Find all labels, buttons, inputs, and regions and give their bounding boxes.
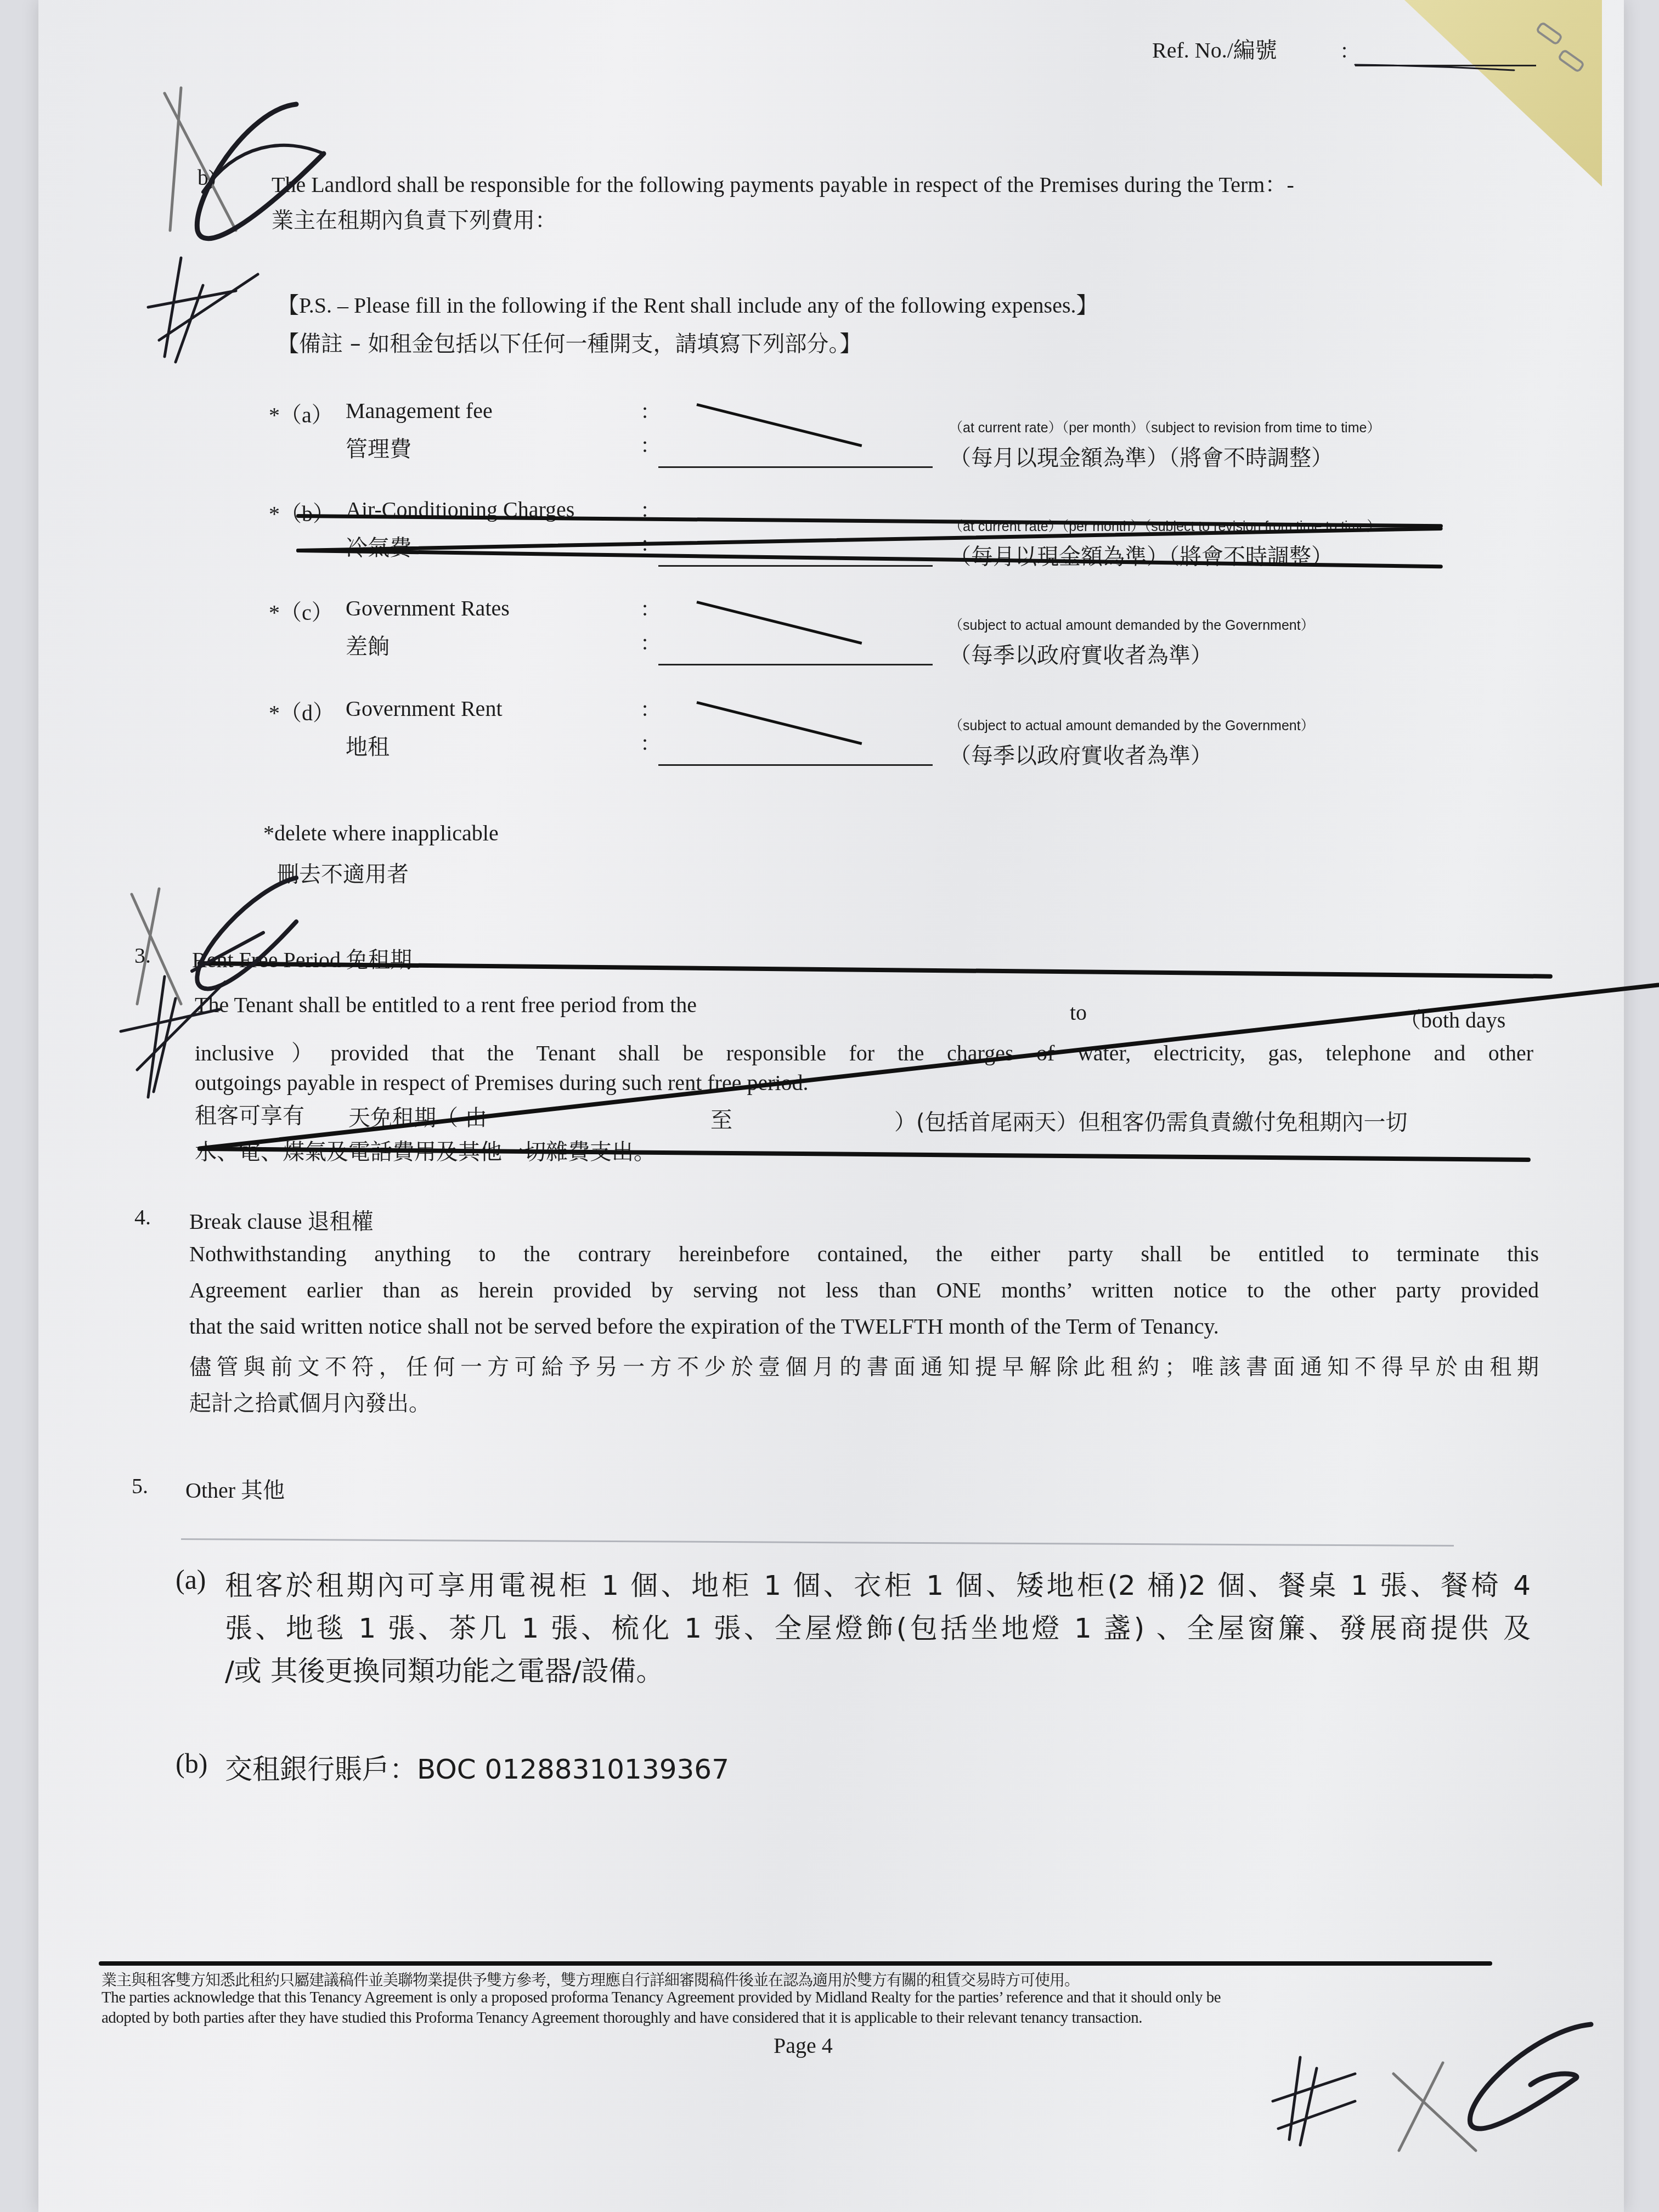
clause-4-title: Break clause 退租權 [189, 1204, 373, 1235]
clause-5-number: 5. [132, 1473, 148, 1499]
sticky-tab [1404, 0, 1602, 187]
ps-note-cn: 【備註 – 如租金包括以下任何一種開支，請填寫下列部分。】 [277, 326, 861, 358]
clause-4-en-line: Nothwithstanding anything to the contrar… [189, 1241, 1539, 1267]
page-number: Page 4 [774, 2033, 833, 2058]
expense-item-note-en: （at current rate）（per month）（subject to … [949, 417, 1380, 437]
ref-no-colon: : [1341, 37, 1347, 63]
expense-item-colon: : [642, 629, 648, 655]
clause-4-number: 4. [134, 1204, 151, 1230]
footer-rule [99, 1961, 1492, 1966]
clause-4-cn-line: 起計之拾貳個月內發出。 [189, 1386, 1539, 1417]
ref-no-field[interactable] [1355, 65, 1536, 66]
footer-disclaimer-en-1: The parties acknowledge that this Tenanc… [101, 1989, 1221, 2007]
expense-item-name-cn: 管理費 [346, 432, 411, 463]
clause-3-to: to [1070, 1000, 1087, 1025]
clause-4-cn-line: 儘管與前文不符，任何一方可給予另一方不少於壹個月的書面通知提早解除此租約；唯該書… [189, 1350, 1539, 1381]
expense-amount-field[interactable] [658, 466, 933, 468]
expense-amount-field[interactable] [658, 664, 933, 665]
clause-5a-line: 張、地毯 1 張、茶几 1 張、梳化 1 張、全屋燈飾(包括坐地燈 1 盞) 、… [225, 1606, 1531, 1646]
clause-4-en-line: Agreement earlier than as herein provide… [189, 1277, 1539, 1303]
rent-free-from-field[interactable] [795, 1020, 1059, 1022]
pencil-line [181, 1538, 1454, 1547]
clause-5a-line: /或 其後更換同類功能之電器/設備。 [225, 1649, 1531, 1689]
expense-item-marker: *（a） [269, 398, 334, 429]
staple-icon [1535, 21, 1564, 46]
expense-item-name-cn: 差餉 [346, 629, 390, 661]
expense-item-name-en: Government Rent [346, 696, 503, 721]
expense-item-note-cn: （每季以政府實收者為準） [949, 738, 1212, 770]
ref-no-label: Ref. No./編號 [1152, 33, 1277, 64]
expense-item-name-en: Government Rates [346, 595, 510, 621]
nil-dash-mark [696, 601, 862, 645]
clause-3-number: 3. [134, 943, 151, 968]
clause-2b-label: b) [198, 165, 216, 190]
clause-4-en-line: that the said written notice shall not b… [189, 1313, 1539, 1339]
clause-5b-label: (b) [176, 1747, 207, 1779]
clause-3-cn1-c: 至 [710, 1103, 732, 1134]
clause-3-title: Rent Free Period 免租期 [192, 943, 412, 974]
expense-item-name-cn: 地租 [346, 730, 390, 761]
clause-3-line2: inclusive）provided that the Tenant shall… [195, 1036, 1533, 1067]
nil-dash-mark [696, 701, 862, 745]
expense-item-colon: : [642, 398, 648, 424]
expense-amount-field[interactable] [658, 565, 933, 567]
expense-item-note-en: （subject to actual amount demanded by th… [949, 715, 1314, 735]
footnote-cn: 刪去不適用者 [277, 857, 409, 888]
footnote-en: *delete where inapplicable [263, 820, 499, 846]
ps-note-en: 【P.S. – Please fill in the following if … [277, 288, 1098, 319]
clause-3-cn1-d: ）(包括首尾兩天）但租客仍需負責繳付免租期內一切 [894, 1105, 1408, 1136]
expense-item-note-en: （subject to actual amount demanded by th… [949, 614, 1314, 634]
clause-5a-line: 租客於租期內可享用電視柜 1 個、地柜 1 個、衣柜 1 個、矮地柜(2 桶)2… [225, 1564, 1531, 1603]
bank-account-text: 交租銀行賬戶：BOC 01288310139367 [225, 1747, 729, 1787]
expense-amount-field[interactable] [658, 764, 933, 766]
expense-item-marker: *（c） [269, 595, 334, 627]
expense-item-colon: : [642, 432, 648, 458]
clause-3-cn1-a: 租客可享有 [195, 1098, 304, 1130]
clause-5-title: Other 其他 [185, 1473, 285, 1504]
footer-disclaimer-en-2: adopted by both parties after they have … [101, 2009, 1142, 2027]
expense-item-note-cn: （每月以現金額為準）（將會不時調整） [949, 441, 1333, 472]
expense-item-name-en: Management fee [346, 398, 493, 424]
expense-item-colon: : [642, 730, 648, 755]
clause-2b-title-en: The Landlord shall be responsible for th… [272, 167, 1294, 199]
expense-item-colon: : [642, 696, 648, 721]
clause-5a-label: (a) [176, 1564, 206, 1595]
expense-item-colon: : [642, 595, 648, 621]
footer-disclaimer-cn: 業主與租客雙方知悉此租約只屬建議稿件並美聯物業提供予雙方參考，雙方理應自行詳細審… [101, 1968, 1079, 1990]
expense-item-marker: *（d） [269, 696, 335, 727]
nil-dash-mark [696, 403, 862, 447]
document-page: Ref. No./編號 : b) The Landlord shall be r… [38, 0, 1624, 2212]
expense-item-marker: *（b） [269, 496, 335, 528]
clause-3-line1-a: The Tenant shall be entitled to a rent f… [195, 992, 697, 1018]
expense-item-note-cn: （每季以政府實收者為準） [949, 638, 1212, 669]
clause-2b-title-cn: 業主在租期內負責下列費用： [272, 203, 557, 234]
staple-icon [1557, 48, 1585, 74]
